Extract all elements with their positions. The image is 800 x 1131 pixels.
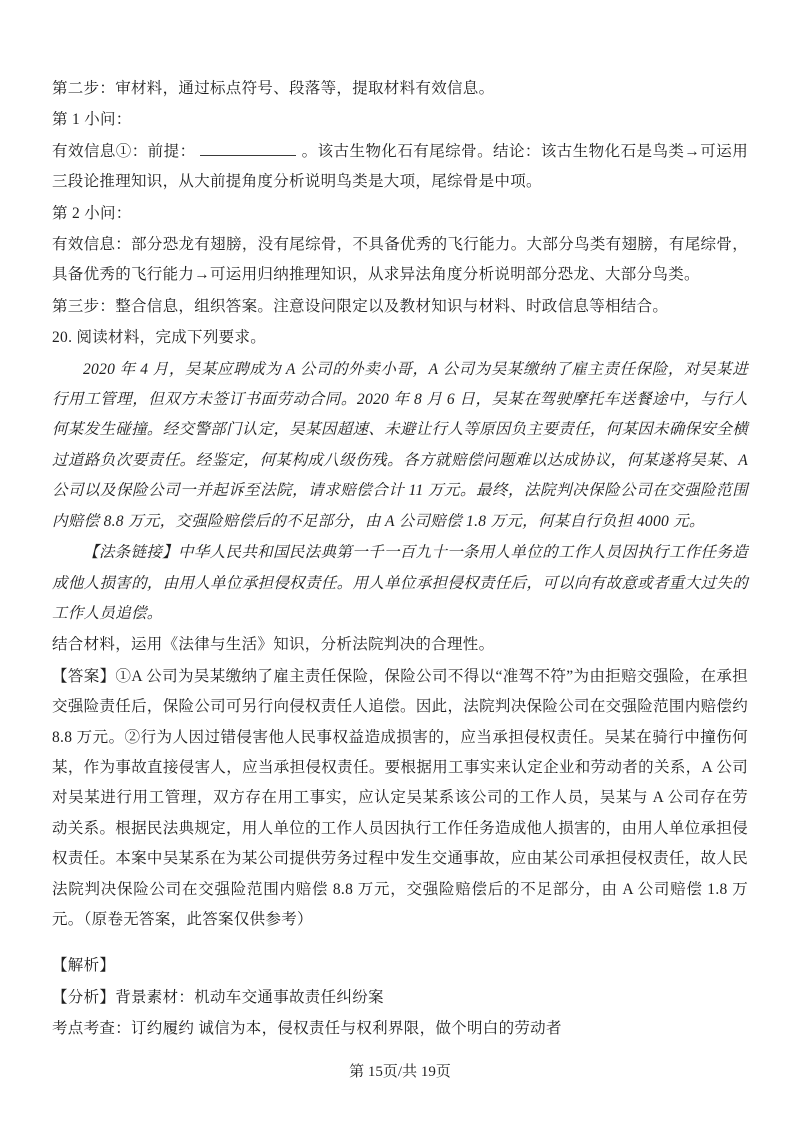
fill-in-blank-underline xyxy=(200,142,296,156)
subquestion-2-label: 第 2 小问： xyxy=(52,199,748,229)
document-page: 第二步：审材料，通过标点符号、段落等，提取材料有效信息。 第 1 小问： 有效信… xyxy=(0,0,800,1131)
law-link-paragraph: 【法条链接】中华人民共和国民法典第一千一百九十一条用人单位的工作人员因执行工作任… xyxy=(52,538,748,629)
step-3-instruction: 第三步：整合信息，组织答案。注意设问限定以及教材知识与材料、时政信息等相结合。 xyxy=(52,292,748,322)
page-number: 第 15页/共 19页 xyxy=(52,1057,748,1087)
task-prompt: 结合材料，运用《法律与生活》知识，分析法院判决的合理性。 xyxy=(52,630,748,660)
question-20-heading: 20. 阅读材料，完成下列要求。 xyxy=(52,323,748,353)
step-2-instruction: 第二步：审材料，通过标点符号、段落等，提取材料有效信息。 xyxy=(52,74,748,104)
analysis-background-note: 【分析】背景素材：机动车交通事故责任纠纷案 xyxy=(52,983,748,1013)
effective-info-1: 有效信息①：前提：。该古生物化石有尾综骨。结论：该古生物化石是鸟类→可运用三段论… xyxy=(52,137,748,198)
exam-points-note: 考点考查：订约履约 诚信为本，侵权责任与权利界限，做个明白的劳动者 xyxy=(52,1014,748,1044)
effective-info-2: 有效信息：部分恐龙有翅膀，没有尾综骨，不具备优秀的飞行能力。大部分鸟类有翅膀，有… xyxy=(52,230,748,291)
effective-info-1-prefix: 有效信息①：前提： xyxy=(52,143,196,160)
analysis-label: 【解析】 xyxy=(52,951,748,981)
question-20-material: 2020 年 4 月，吴某应聘成为 A 公司的外卖小哥，A 公司为吴某缴纳了雇主… xyxy=(52,355,748,537)
subquestion-1-label: 第 1 小问： xyxy=(52,105,748,135)
answer-paragraph: 【答案】①A 公司为吴某缴纳了雇主责任保险，保险公司不得以“准驾不符”为由拒赔交… xyxy=(52,662,748,936)
